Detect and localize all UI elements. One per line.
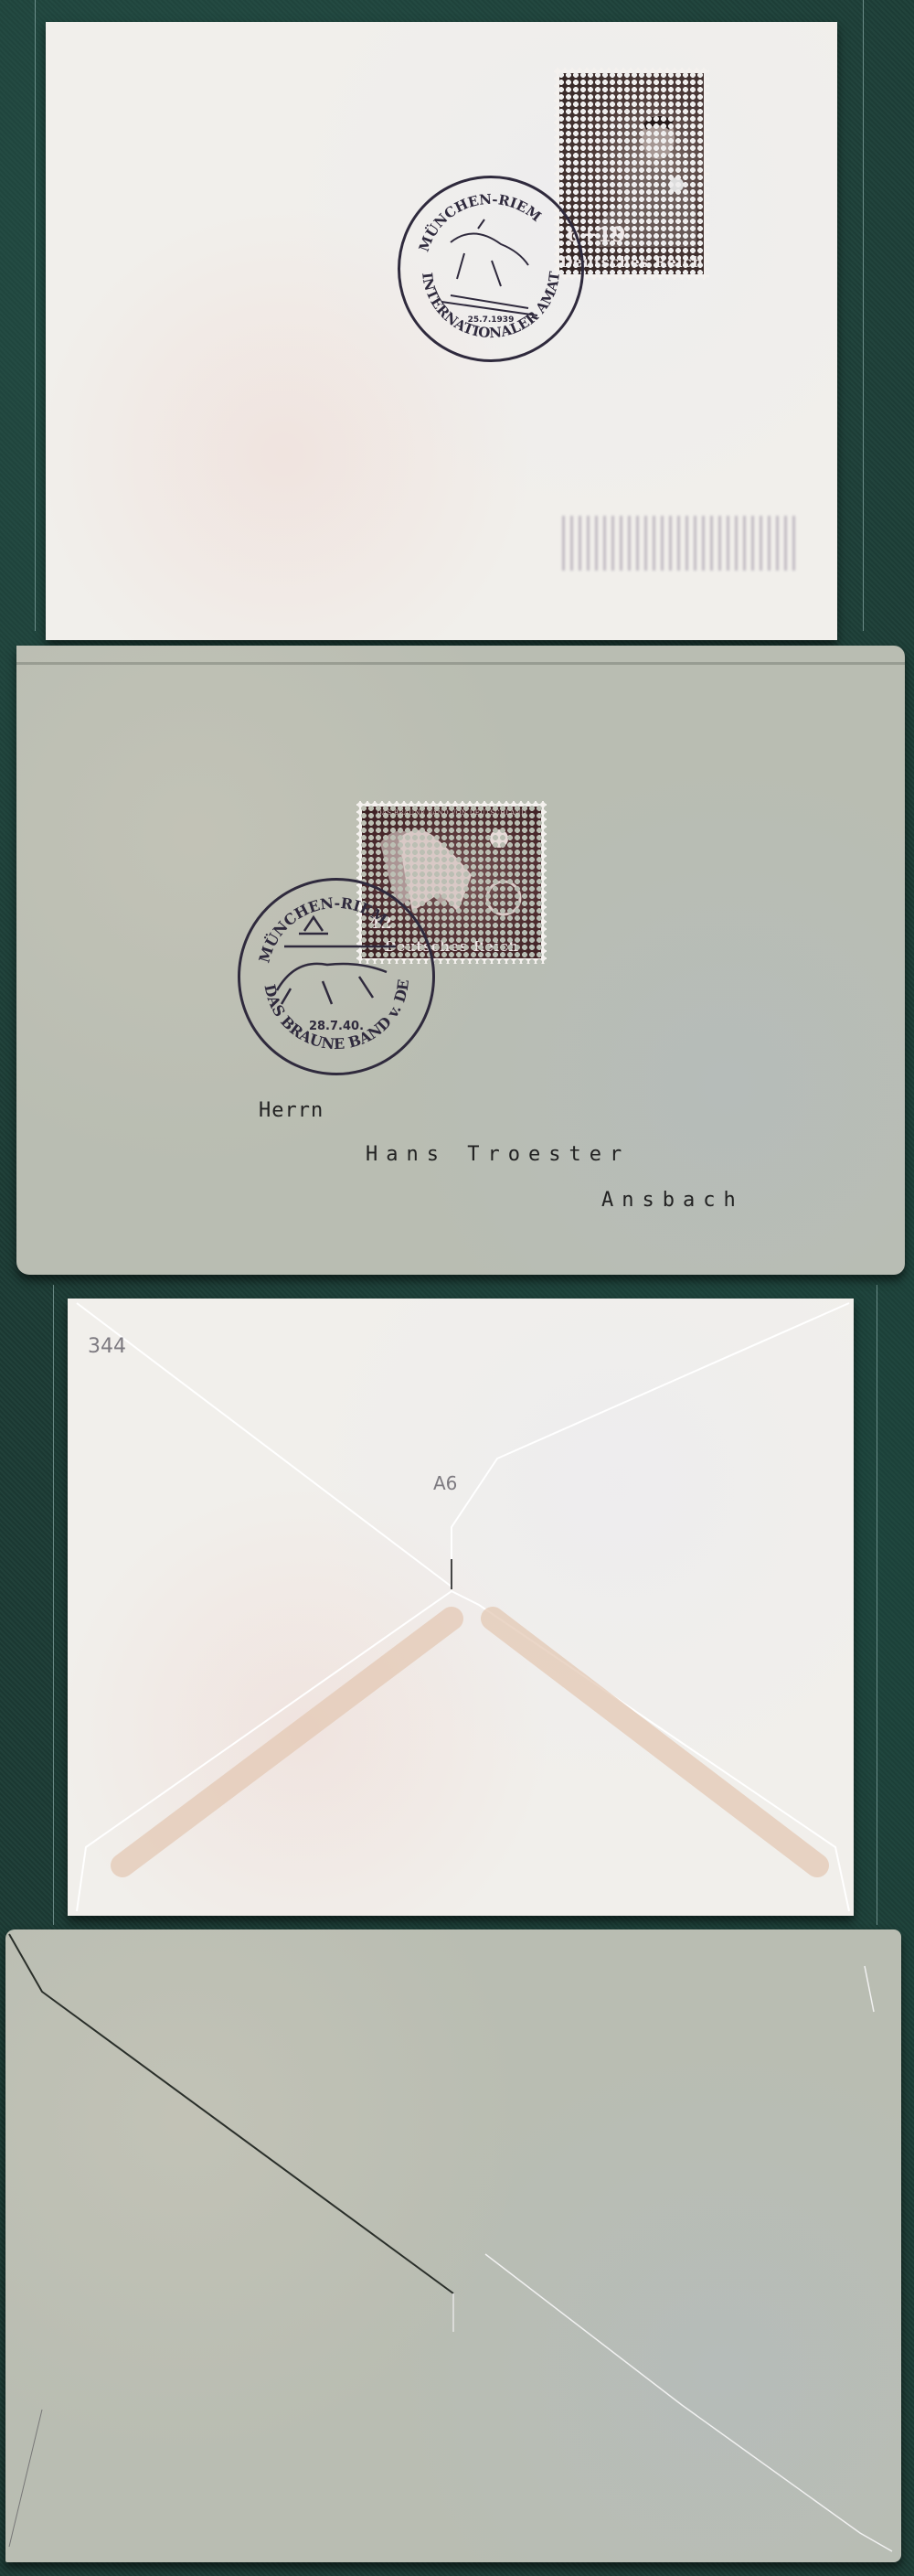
envelope-back-1: 344 A6 bbox=[68, 1299, 854, 1916]
pencil-note-catalog: 344 bbox=[88, 1335, 126, 1358]
envelope-front-2: DAS BRAUNE BAND VON DEUTSCHLAND 42 Deuts… bbox=[16, 646, 905, 1275]
postmark-date: 28.7.40. bbox=[240, 1020, 432, 1033]
envelope-flap-outline bbox=[5, 1929, 901, 2562]
address-salutation: Herrn bbox=[259, 1099, 324, 1122]
envelope-back-2 bbox=[5, 1929, 901, 2562]
postmark-date: 25.7.1939 bbox=[400, 315, 581, 325]
address-city: Ansbach bbox=[601, 1189, 744, 1212]
envelope-flap-outline bbox=[68, 1299, 854, 1916]
svg-text:MÜNCHEN-RIEM: MÜNCHEN-RIEM bbox=[416, 191, 545, 254]
horse-race-icon bbox=[277, 917, 396, 1004]
address-name: Hans Troester bbox=[366, 1143, 630, 1166]
envelope-fold-line bbox=[16, 662, 905, 665]
faint-cachet bbox=[562, 516, 800, 571]
postmark-muenchen-riem-1939: MÜNCHEN-RIEM INTERNATIONALER AMATEUR-REI… bbox=[398, 176, 584, 362]
horse-jumping-icon bbox=[441, 219, 537, 315]
envelope-front-1: 6+19 Deutsches Reich MÜNCHEN-RIEM INTERN… bbox=[46, 22, 837, 640]
pencil-note-grade: A6 bbox=[433, 1472, 457, 1494]
postmark-muenchen-riem-1940: MÜNCHEN-RIEM DAS BRAUNE BAND v. DEUTSCHL… bbox=[238, 878, 435, 1075]
